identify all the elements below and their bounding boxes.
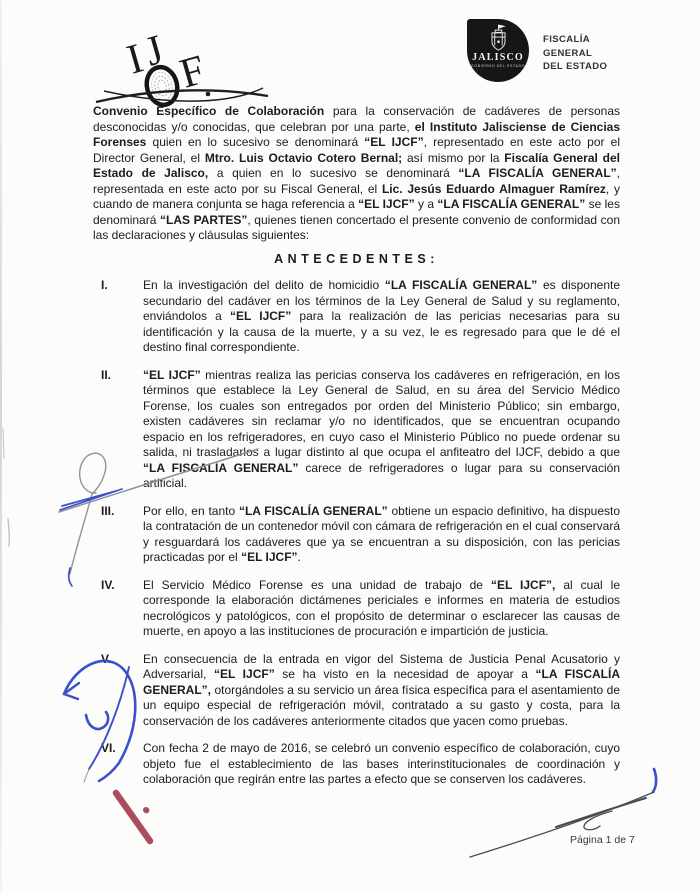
fiscalia-wordmark-line: FISCALÍA bbox=[543, 33, 607, 47]
jalisco-badge-state-name: JALISCO bbox=[472, 52, 524, 63]
item-numeral: VI. bbox=[93, 741, 143, 788]
jalisco-badge: JALISCO GOBIERNO DEL ESTADO bbox=[467, 19, 529, 82]
item-text: Con fecha 2 de mayo de 2016, se celebró … bbox=[143, 741, 620, 788]
pen-line-bottom-right bbox=[470, 792, 654, 857]
antecedente-item-4: IV. El Servicio Médico Forense es una un… bbox=[93, 578, 620, 640]
scan-edge-artifact bbox=[0, 0, 2, 893]
antecedente-item-6: VI. Con fecha 2 de mayo de 2016, se cele… bbox=[93, 741, 620, 788]
red-pen-mark bbox=[116, 793, 150, 841]
antecedentes-heading: ANTECEDENTES: bbox=[93, 252, 620, 268]
item-text: “EL IJCF” mientras realiza las pericias … bbox=[143, 368, 620, 492]
jalisco-badge-subtitle: GOBIERNO DEL ESTADO bbox=[471, 64, 525, 68]
scanned-document-page: I J F bbox=[0, 0, 700, 893]
coat-of-arms-icon bbox=[488, 24, 509, 52]
fiscalia-wordmark-line: DEL ESTADO bbox=[543, 60, 607, 74]
item-numeral: V. bbox=[93, 652, 143, 730]
ijcf-logo-dot bbox=[206, 92, 211, 97]
antecedente-item-5: V. En consecuencia de la entrada en vigo… bbox=[93, 652, 620, 730]
intro-paragraph: Convenio Específico de Colaboración para… bbox=[93, 104, 620, 244]
item-text: El Servicio Médico Forense es una unidad… bbox=[143, 578, 620, 640]
fiscalia-wordmark-line: GENERAL bbox=[543, 47, 607, 61]
antecedente-item-1: I. En la investigación del delito de hom… bbox=[93, 278, 620, 356]
item-text: En la investigación del delito de homici… bbox=[143, 278, 620, 356]
page-number: Página 1 de 7 bbox=[570, 834, 635, 846]
item-text: Por ello, en tanto “LA FISCALÍA GENERAL”… bbox=[143, 504, 620, 566]
pen-flourish-item5-tail bbox=[84, 769, 89, 782]
item-numeral: III. bbox=[93, 504, 143, 566]
fiscalia-wordmark: FISCALÍA GENERAL DEL ESTADO bbox=[543, 33, 607, 74]
antecedente-item-3: III. Por ello, en tanto “LA FISCALÍA GEN… bbox=[93, 504, 620, 566]
item-text: En consecuencia de la entrada en vigor d… bbox=[143, 652, 620, 730]
item-numeral: IV. bbox=[93, 578, 143, 640]
ijcf-swoosh bbox=[96, 88, 268, 102]
antecedente-item-2: II. “EL IJCF” mientras realiza las peric… bbox=[93, 368, 620, 492]
item-numeral: I. bbox=[93, 278, 143, 356]
item-numeral: II. bbox=[93, 368, 143, 492]
document-body: Convenio Específico de Colaboración para… bbox=[93, 104, 620, 800]
